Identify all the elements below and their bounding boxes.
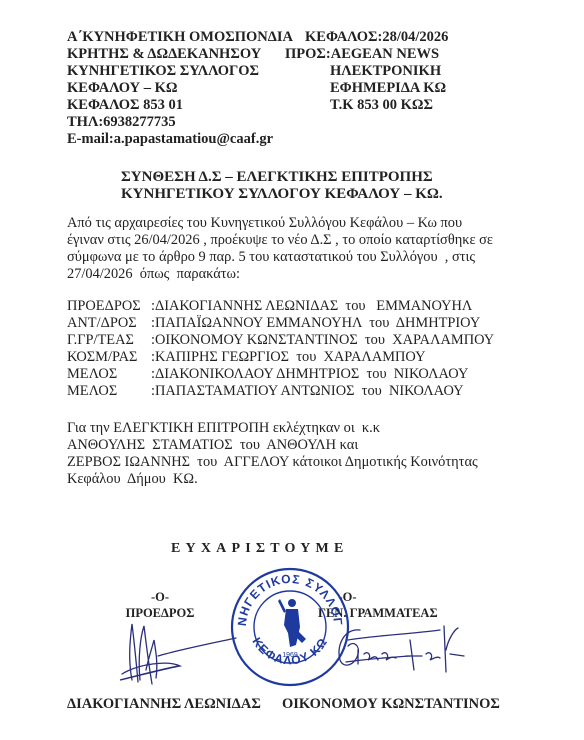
board-role: ΜΕΛΟΣ	[67, 366, 151, 383]
sender-phone: ΤΗΛ:6938277735	[67, 114, 176, 130]
board-member: :ΚΑΠΙΡΗΣ ΓΕΩΡΓΙΟΣ του ΧΑΡΑΛΑΜΠΟΥ	[151, 349, 425, 365]
sender-postcode: ΚΕΦΑΛΟΣ 853 01	[67, 97, 183, 113]
right-signatory-name: ΟΙΚΟΝΟΜΟΥ ΚΩΝΣΤΑΝΤΙΝΟΣ	[282, 696, 500, 713]
left-signatory-name: ΔΙΑΚΟΓΙΑΝΝΗΣ ΛΕΩΝΙΔΑΣ	[67, 696, 261, 713]
document-title-line1: ΣΥΝΘΕΣΗ Δ.Σ – ΕΛΕΓΚΤΙΚΗΣ ΕΠΙΤΡΟΠΗΣ	[121, 169, 433, 186]
audit-line: ΖΕΡΒΟΣ ΙΩΑΝΝΗΣ του ΑΓΓΕΛΟΥ κάτοικοι Δημο…	[67, 454, 478, 471]
audit-line: Κεφάλου Δήμου ΚΩ.	[67, 471, 198, 488]
board-member: :ΔΙΑΚΟΝΙΚΟΛΑΟΥ ΔΗΜΗΤΡΙΟΣ του ΝΙΚΟΛΑΟΥ	[151, 366, 468, 382]
closing-thanks: ΕΥΧΑΡΙΣΤΟΥΜΕ	[171, 541, 349, 557]
document-date: ΚΕΦΑΛΟΣ:28/04/2026	[305, 29, 448, 45]
sender-email[interactable]: E-mail:a.papastamatiou@caaf.gr	[67, 131, 273, 147]
sender-region: ΚΡΗΤΗΣ & ΔΩΔΕΚΑΝΗΣΟΥ	[67, 46, 261, 62]
board-row: ΜΕΛΟΣ:ΠΑΠΑΣΤΑΜΑΤΙΟΥ ΑΝΤΩΝΙΟΣ του ΝΙΚΟΛΑΟ…	[67, 383, 464, 400]
hunter-figure-icon	[278, 599, 306, 647]
recipient-newspaper: ΕΦΗΜΕΡΙΔΑ ΚΩ	[330, 80, 446, 96]
stamp-year: 1969	[282, 652, 298, 659]
board-row: ΠΡΟΕΔΡΟΣ:ΔΙΑΚΟΓΙΑΝΝΗΣ ΛΕΩΝΙΔΑΣ του ΕΜΜΑΝ…	[67, 298, 472, 315]
board-role: ΑΝΤ/ΔΡΟΣ	[67, 315, 151, 332]
board-row: ΜΕΛΟΣ:ΔΙΑΚΟΝΙΚΟΛΑΟΥ ΔΗΜΗΤΡΙΟΣ του ΝΙΚΟΛΑ…	[67, 366, 468, 383]
board-row: ΚΟΣΜ/ΡΑΣ:ΚΑΠΙΡΗΣ ΓΕΩΡΓΙΟΣ του ΧΑΡΑΛΑΜΠΟΥ	[67, 349, 425, 366]
audit-line: ΑΝΘΟΥΛΗΣ ΣΤΑΜΑΤΙΟΣ του ΑΝΘΟΥΛΗ και	[67, 437, 358, 454]
board-role: ΠΡΟΕΔΡΟΣ	[67, 298, 151, 315]
board-row: ΑΝΤ/ΔΡΟΣ:ΠΑΠΑΪΩΑΝΝΟΥ ΕΜΜΑΝΟΥΗΛ του ΔΗΜΗΤ…	[67, 315, 480, 332]
board-member: :ΔΙΑΚΟΓΙΑΝΝΗΣ ΛΕΩΝΙΔΑΣ του ΕΜΜΑΝΟΥΗΛ	[151, 298, 472, 314]
board-role: ΚΟΣΜ/ΡΑΣ	[67, 349, 151, 366]
left-signature-title: ΠΡΟΕΔΡΟΣ	[115, 606, 205, 620]
sender-club: ΚΥΝΗΓΕΤΙΚΟΣ ΣΥΛΛΟΓΟΣ	[67, 63, 259, 79]
board-role: Γ.ΓΡ/ΤΕΑΣ	[67, 332, 151, 349]
intro-line: έγιναν στις 26/04/2026 , προέκυψε το νέο…	[67, 232, 493, 249]
document-title-line2: ΚΥΝΗΓΕΤΙΚΟΥ ΣΥΛΛΟΓΟΥ ΚΕΦΑΛΟΥ – ΚΩ.	[121, 186, 443, 203]
board-member: :ΟΙΚΟΝΟΜΟΥ ΚΩΝΣΤΑΝΤΙΝΟΣ του ΧΑΡΑΛΑΜΠΟΥ	[151, 332, 494, 348]
board-role: ΜΕΛΟΣ	[67, 383, 151, 400]
intro-line: Από τις αρχαιρεσίες του Κυνηγετικού Συλλ…	[67, 215, 462, 232]
recipient-type: ΗΛΕΚΤΡΟΝΙΚΗ	[330, 63, 441, 79]
board-row: Γ.ΓΡ/ΤΕΑΣ:ΟΙΚΟΝΟΜΟΥ ΚΩΝΣΤΑΝΤΙΝΟΣ του ΧΑΡ…	[67, 332, 494, 349]
board-member: :ΠΑΠΑΣΤΑΜΑΤΙΟΥ ΑΝΤΩΝΙΟΣ του ΝΙΚΟΛΑΟΥ	[151, 383, 464, 399]
left-signature-mark: -Ο-	[115, 590, 205, 604]
recipient-postcode: Τ.Κ 853 00 ΚΩΣ	[330, 97, 433, 113]
board-member: :ΠΑΠΑΪΩΑΝΝΟΥ ΕΜΜΑΝΟΥΗΛ του ΔΗΜΗΤΡΙΟΥ	[151, 315, 480, 331]
secretary-signature	[330, 620, 480, 686]
sender-location: ΚΕΦΑΛΟΥ – ΚΩ	[67, 80, 178, 96]
recipient-name: ΠΡΟΣ:AEGEAN NEWS	[285, 46, 439, 62]
intro-line: 27/04/2026 όπως παρακάτω:	[67, 266, 240, 283]
intro-line: σύμφωνα με το άρθρο 9 παρ. 5 του καταστα…	[67, 249, 475, 266]
sender-federation: Α΄ΚΥΝΗΦΕΤΙΚΗ ΟΜΟΣΠΟΝΔΙΑ	[67, 29, 293, 45]
audit-line: Για την ΕΛΕΓΚΤΙΚΗ ΕΠΙΤΡΟΠΗ εκλέχτηκαν οι…	[67, 420, 380, 437]
